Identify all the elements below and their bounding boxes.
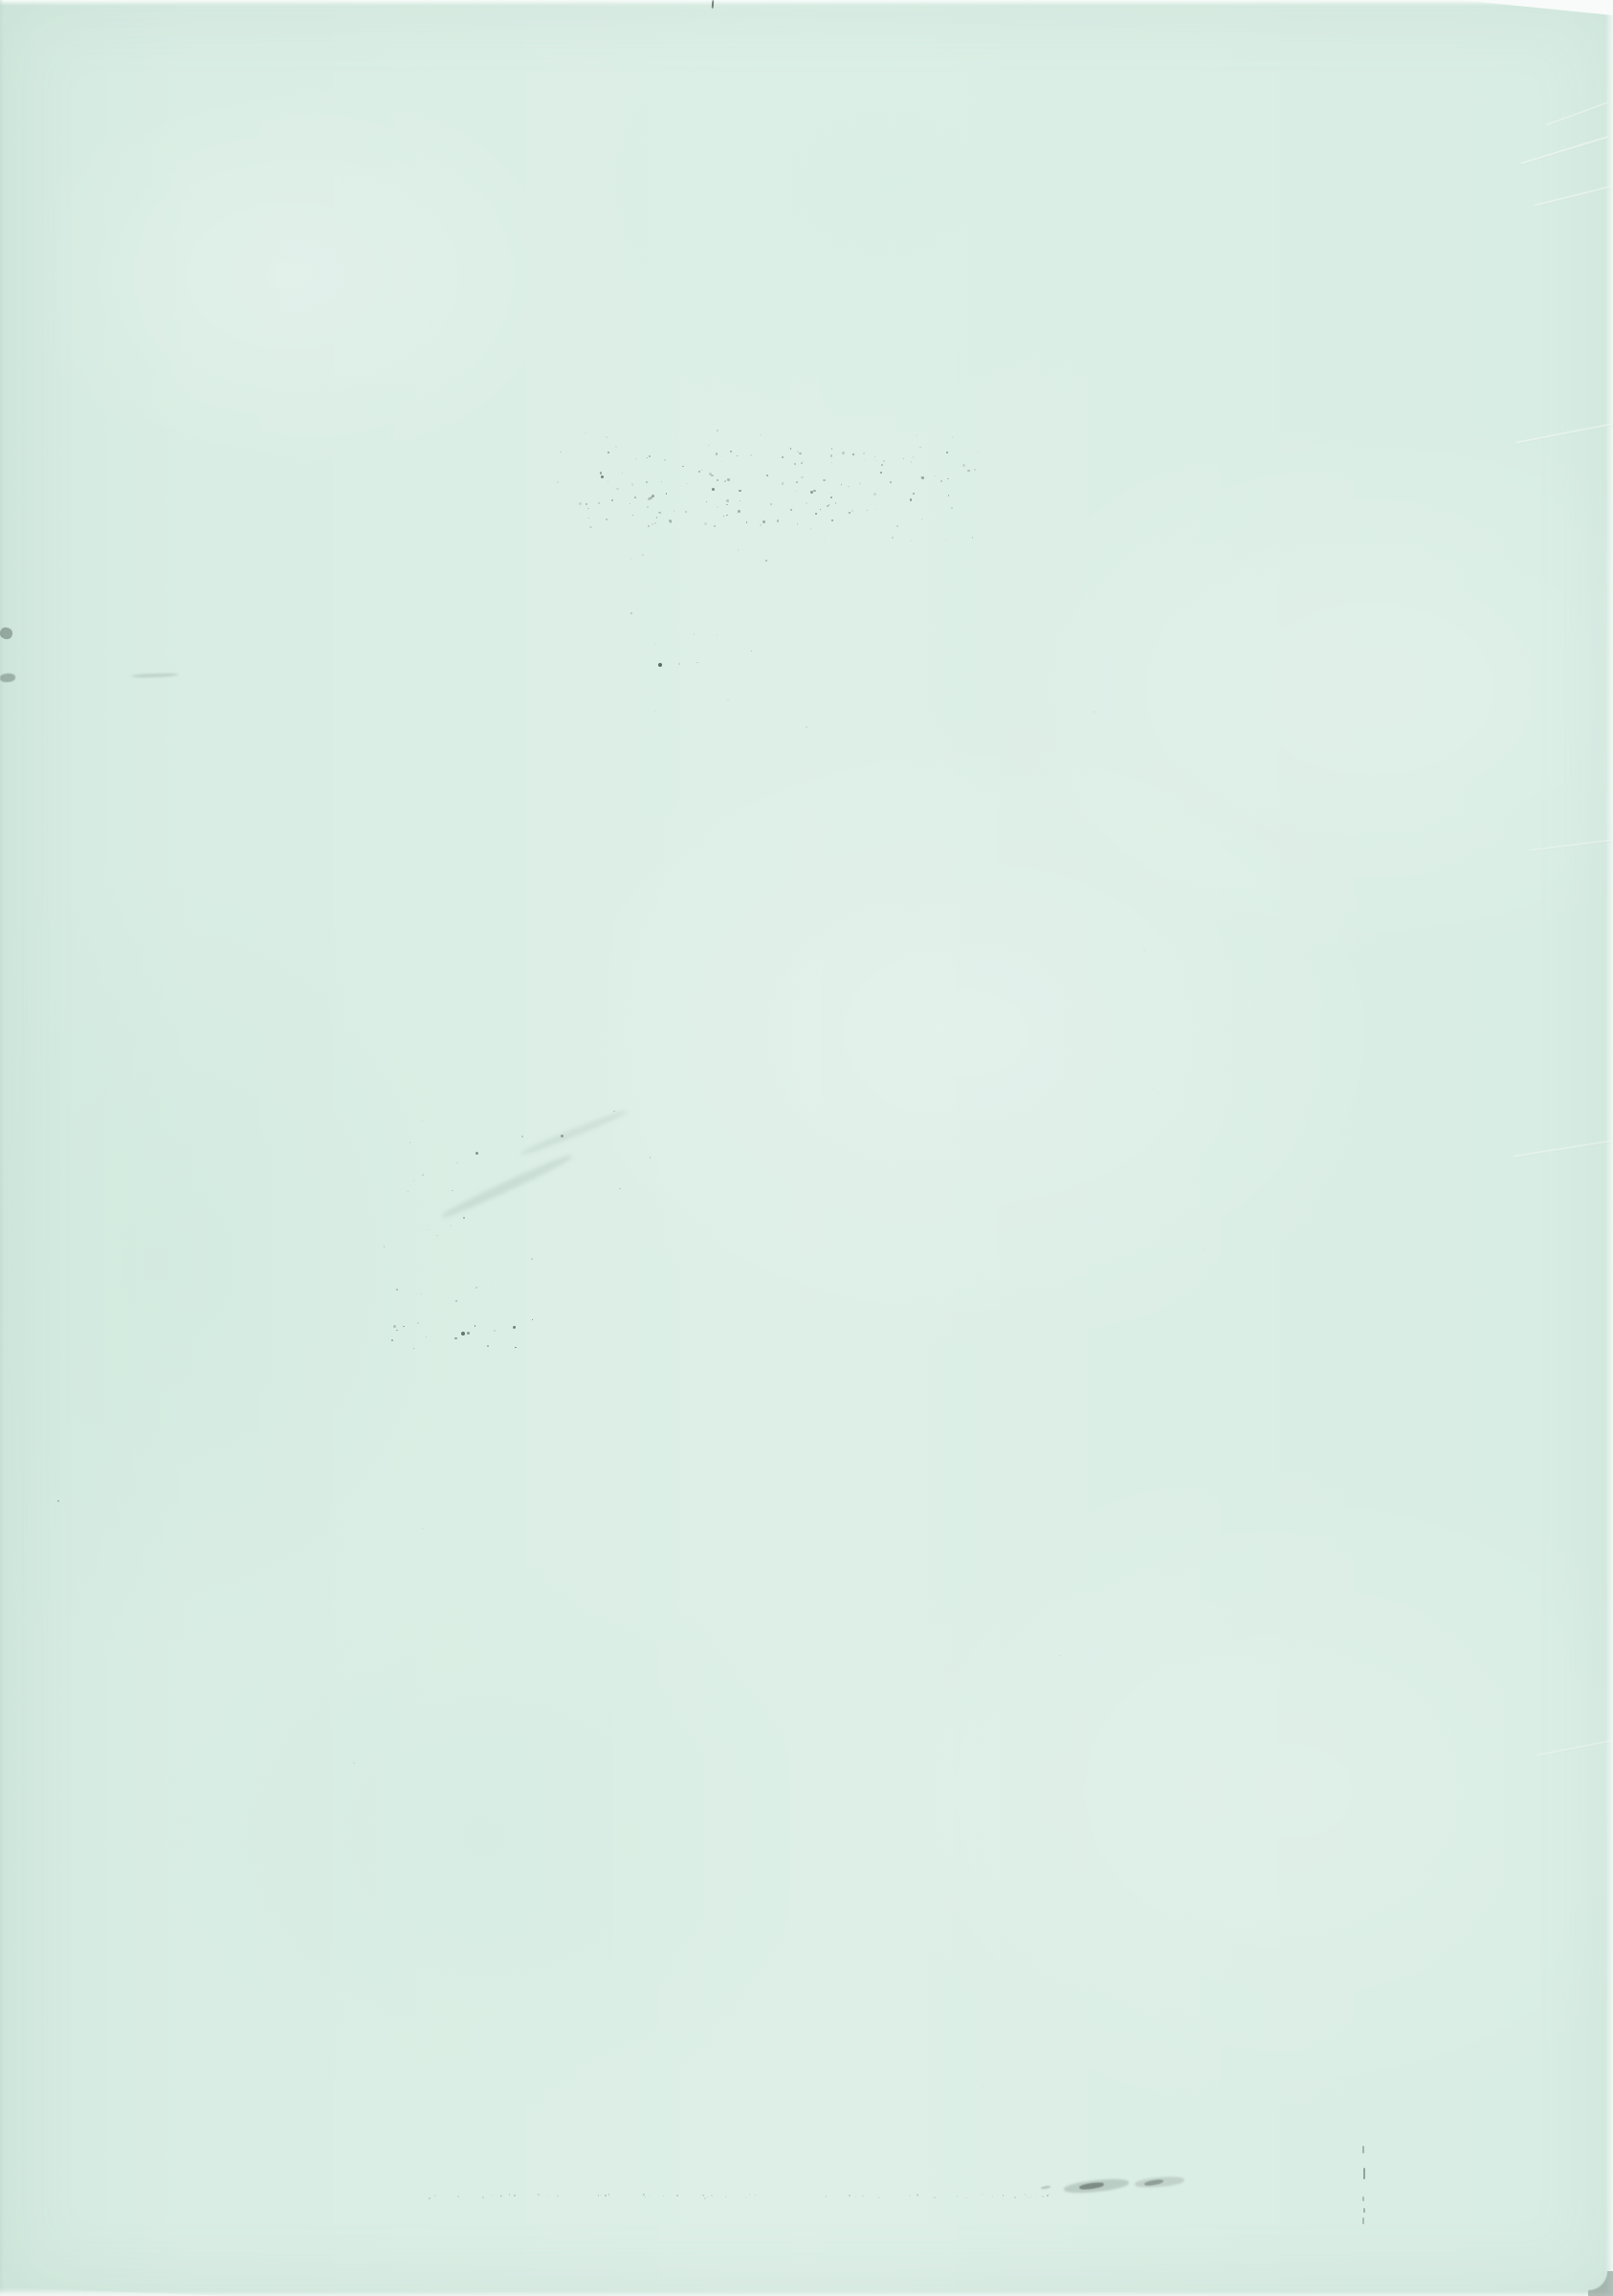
paper-crease	[1536, 1740, 1612, 1757]
ink-transfer-band-row1-speck	[946, 452, 947, 453]
ink-transfer-band-row2-speck	[588, 518, 589, 519]
ink-transfer-band-halo-speck	[630, 558, 632, 560]
diagonal-smudge-specks-speck	[422, 1120, 423, 1121]
paper-crease	[1529, 839, 1613, 852]
ink-transfer-band-row1-speck	[797, 451, 799, 453]
ink-transfer-band-row1-speck	[948, 495, 950, 497]
bottom-dotted-line-speck	[917, 2195, 918, 2197]
bottom-dotted-line-speck	[676, 2195, 678, 2197]
ink-transfer-band-halo-speck	[824, 538, 826, 540]
bottom-dotted-line-speck	[957, 2196, 959, 2197]
ink-transfer-band-row2-speck	[706, 501, 707, 502]
ink-transfer-band-row1-speck	[852, 453, 854, 455]
ink-transfer-band-row2-speck	[714, 525, 716, 527]
ink-transfer-band-row1-speck	[682, 466, 684, 468]
bottom-dotted-line-speck	[711, 2195, 712, 2196]
page-stray-specks-speck	[1149, 1157, 1150, 1158]
bottom-dotted-line-speck	[992, 2196, 994, 2197]
ink-transfer-band-row1-speck	[724, 480, 726, 482]
lower-left-sparse-speck	[475, 1287, 477, 1289]
ink-transfer-band-halo-speck	[760, 434, 761, 435]
mid-speck-group-speck	[751, 651, 752, 651]
ink-transfer-band-row1-speck	[716, 453, 718, 454]
diagonal-smudge-specks-speck	[422, 1174, 424, 1176]
bottom-dotted-line-speck	[605, 2195, 607, 2197]
ink-speck	[601, 475, 604, 478]
ink-transfer-band-row1-speck	[810, 491, 812, 493]
ink-transfer-band-row1-speck	[967, 470, 970, 473]
ink-transfer-band-row1-speck	[635, 458, 637, 460]
ink-transfer-band-row1-speck	[616, 488, 618, 490]
ink-transfer-band-row1-speck	[647, 457, 648, 458]
ink-transfer-band-row1-speck	[890, 481, 892, 483]
ink-transfer-band-row1-speck	[823, 479, 825, 481]
mid-speck-group-speck	[696, 662, 697, 663]
lower-left-cluster-speck	[396, 1330, 397, 1331]
ink-transfer-band-row1-speck	[711, 475, 714, 477]
vertical-dashed-line-segment	[1363, 2208, 1365, 2213]
bottom-dotted-line-speck	[509, 2194, 510, 2195]
ink-transfer-band-row2-speck	[606, 519, 608, 521]
ink-transfer-band-row1-speck	[730, 451, 732, 453]
page-stray-specks-speck	[718, 1523, 719, 1524]
ink-transfer-band-row2-speck	[831, 519, 833, 521]
ink-transfer-band-row2-speck	[762, 520, 765, 523]
ink-transfer-band-halo-speck	[851, 543, 851, 544]
ink-transfer-band-halo-speck	[803, 460, 804, 461]
ink-transfer-band-row2-speck	[598, 502, 600, 504]
mid-speck-group-speck	[694, 633, 695, 634]
ink-transfer-band-row1-speck	[631, 483, 633, 485]
ink-transfer-band-row1-speck	[630, 503, 630, 504]
ink-transfer-band-row1-speck	[782, 482, 784, 484]
lower-left-cluster-speck	[515, 1347, 516, 1348]
bottom-dotted-line-speck	[878, 2197, 879, 2197]
diagonal-smudge-specks-speck	[408, 1191, 409, 1192]
ink-transfer-band-row1-speck	[766, 475, 768, 476]
ink-transfer-band-row1-speck	[910, 498, 912, 500]
ink-transfer-band-row2-speck	[723, 516, 724, 517]
ink-transfer-band-halo-speck	[864, 459, 866, 461]
bottom-dotted-line-speck	[1003, 2195, 1005, 2197]
bottom-dotted-line-speck	[434, 2195, 436, 2197]
diagonal-smudge-specks-speck	[409, 1142, 410, 1143]
lower-left-cluster-speck	[467, 1332, 470, 1335]
bottom-dotted-line-speck	[909, 2195, 911, 2197]
ink-transfer-band-halo-speck	[810, 528, 811, 529]
bottom-dotted-line-speck	[701, 2195, 702, 2196]
scanner-corner-bottom-right	[1588, 2271, 1613, 2296]
ink-transfer-band-halo-speck	[919, 447, 921, 449]
ink-transfer-band-halo-speck	[642, 554, 644, 556]
ink-transfer-band-row2-speck	[777, 519, 779, 521]
ink-speck	[57, 1500, 59, 1502]
bottom-dotted-line-speck	[1049, 2194, 1050, 2195]
ink-transfer-band-row1-speck	[813, 490, 815, 492]
lower-left-sparse-speck	[429, 1229, 430, 1230]
ink-transfer-band-row2-speck	[656, 517, 658, 519]
scanned-blank-page	[0, 0, 1613, 2296]
ink-transfer-band-row1-speck	[634, 497, 636, 498]
ink-transfer-band-row1-speck	[622, 473, 624, 475]
ink-transfer-band-row1-speck	[913, 456, 915, 458]
ink-transfer-band-row1-speck	[801, 476, 803, 478]
bottom-dotted-line-speck	[755, 2195, 756, 2196]
ink-transfer-band-halo-speck	[829, 493, 830, 494]
ink-transfer-band-halo-speck	[585, 432, 586, 434]
ink-transfer-band-row2-speck	[611, 499, 613, 501]
ink-transfer-band-halo-speck	[951, 507, 953, 509]
lower-left-cluster-speck	[454, 1337, 456, 1339]
ink-transfer-band-row2-speck	[659, 512, 661, 514]
ink-speck	[455, 1300, 457, 1302]
ink-transfer-band-row1-speck	[962, 464, 964, 466]
bottom-dotted-line-speck	[1026, 2196, 1027, 2197]
ink-transfer-band-row2-speck	[717, 506, 718, 508]
ink-transfer-band-row1-speck	[648, 497, 651, 500]
ink-transfer-band-halo-speck	[717, 430, 718, 431]
ink-transfer-band-row2-speck	[849, 512, 851, 514]
bottom-dotted-line-speck	[703, 2195, 705, 2197]
ink-transfer-band-row2-speck	[589, 526, 591, 528]
bottom-dotted-line-speck	[707, 2197, 708, 2197]
ink-speck	[463, 1217, 465, 1219]
lower-left-sparse-speck	[384, 1246, 385, 1247]
ink-transfer-band-halo-speck	[911, 461, 912, 462]
ink-transfer-band-row2-speck	[654, 522, 655, 523]
bottom-dotted-line-speck	[982, 2194, 983, 2196]
ink-speck	[712, 488, 715, 491]
ink-transfer-band-halo-speck	[911, 541, 912, 541]
left-edge-scribble	[0, 626, 14, 640]
diagonal-smudge-specks-speck	[456, 1162, 457, 1163]
ink-transfer-band-row1-speck	[903, 458, 904, 459]
bottom-dotted-line-speck	[1014, 2197, 1016, 2198]
scan-edge-top	[0, 0, 1613, 6]
bottom-dotted-line-speck	[500, 2195, 502, 2197]
ink-transfer-band-row1-speck	[646, 481, 648, 483]
ink-transfer-band-row2-speck	[726, 504, 727, 505]
ink-transfer-band-row1-speck	[698, 471, 700, 473]
page-stray-specks-speck	[806, 726, 807, 728]
ink-transfer-band-row1-speck	[782, 456, 784, 458]
ink-transfer-band-halo-speck	[952, 436, 954, 438]
page-stray-specks-speck	[1017, 922, 1018, 923]
ink-transfer-band-row1-speck	[801, 462, 803, 464]
ink-speck	[765, 560, 767, 562]
diagonal-smudge-specks-speck	[619, 1188, 620, 1189]
top-edge-nick	[712, 0, 715, 9]
diagonal-smudge-specks-speck	[521, 1136, 523, 1137]
bottom-dotted-line-speck	[745, 2197, 746, 2198]
lower-left-cluster-speck	[391, 1339, 393, 1341]
bottom-dotted-line-speck	[1047, 2195, 1049, 2197]
ink-transfer-band-row1-speck	[666, 493, 668, 495]
ink-transfer-band-halo-speck	[875, 509, 877, 511]
mid-speck-group-speck	[717, 634, 718, 636]
ink-transfer-band-halo-speck	[974, 469, 976, 471]
ink-transfer-band-row2-speck	[579, 502, 581, 504]
lower-left-sparse-speck	[492, 1282, 493, 1283]
ink-transfer-band-row2-speck	[685, 511, 687, 513]
page-stray-specks-speck	[1088, 1771, 1089, 1772]
ink-transfer-band-row1-speck	[830, 462, 832, 464]
br-stray-dash	[1041, 2185, 1050, 2190]
ink-transfer-band-row1-speck	[913, 493, 915, 495]
page-stray-specks-speck	[1143, 950, 1145, 952]
ink-transfer-band-halo-speck	[615, 446, 617, 448]
mid-speck-group-speck	[678, 663, 680, 665]
bottom-dotted-line-speck	[1027, 2197, 1028, 2198]
ink-transfer-band-halo-speck	[921, 519, 923, 520]
ink-transfer-band-row2-speck	[586, 503, 587, 505]
ink-transfer-band-row1-speck	[921, 476, 924, 479]
bottom-dotted-line-speck	[557, 2196, 558, 2197]
bottom-dotted-line-speck	[855, 2197, 856, 2197]
ink-transfer-band-row1-speck	[600, 472, 603, 475]
ink-transfer-band-row1-speck	[830, 497, 832, 498]
page-stray-specks-speck	[1203, 1248, 1204, 1249]
bottom-dotted-line-speck	[826, 2196, 827, 2197]
ink-transfer-band-row1-speck	[795, 491, 796, 492]
ink-transfer-band-row1-speck	[727, 478, 729, 480]
left-edge-mark	[0, 673, 15, 682]
ink-transfer-band-halo-speck	[608, 480, 609, 482]
ink-transfer-band-halo-speck	[896, 525, 897, 526]
ink-transfer-band-row1-speck	[770, 503, 772, 505]
page-stray-specks-speck	[1220, 260, 1221, 261]
ink-transfer-band-halo-speck	[675, 437, 676, 438]
ink-speck	[461, 1332, 465, 1336]
paper-crease	[1545, 101, 1609, 127]
scan-corner-wedge-bottom-left	[0, 2287, 230, 2296]
page-stray-specks-speck	[422, 1528, 423, 1529]
lower-left-cluster-speck	[417, 1322, 418, 1323]
ink-transfer-band-row1-speck	[701, 470, 702, 471]
bottom-dotted-line-speck	[643, 2194, 645, 2196]
bottom-dotted-line-speck	[492, 2195, 493, 2196]
ghost-streak-2	[519, 1108, 629, 1158]
paper-crease	[1535, 186, 1611, 208]
ink-transfer-band-row2-speck	[746, 521, 747, 522]
ink-transfer-band-row1-speck	[873, 493, 876, 496]
ink-transfer-band-row1-speck	[880, 472, 882, 474]
ink-transfer-band-row1-speck	[874, 456, 875, 457]
lower-left-cluster-speck	[475, 1325, 476, 1327]
lower-left-cluster-speck	[494, 1330, 496, 1332]
ink-transfer-band-row1-speck	[859, 482, 861, 484]
bottom-dotted-line-speck	[1030, 2197, 1031, 2197]
bottom-dotted-line-speck	[457, 2196, 459, 2197]
ink-transfer-band-halo-speck	[851, 510, 852, 511]
bottom-dotted-line-speck	[862, 2196, 864, 2197]
ink-transfer-band-row2-speck	[670, 520, 673, 523]
bottom-dotted-line-speck	[514, 2195, 516, 2197]
bottom-dotted-line-speck	[645, 2197, 646, 2197]
scan-edge-left	[0, 0, 4, 2296]
ink-transfer-band-row1-speck	[661, 481, 662, 482]
ink-transfer-band-row1-speck	[947, 478, 948, 479]
ink-transfer-band-row1-speck	[831, 448, 832, 449]
vertical-dashed-line-segment	[1362, 2197, 1364, 2201]
ink-transfer-band-halo-speck	[917, 434, 918, 436]
scan-edge-right	[1605, 0, 1613, 2296]
ink-transfer-band-row1-speck	[883, 460, 885, 462]
ink-transfer-band-halo-speck	[945, 540, 946, 541]
ink-transfer-band-row1-speck	[608, 452, 609, 453]
ink-transfer-band-row1-speck	[790, 448, 792, 450]
ink-speck	[658, 663, 662, 667]
lower-left-sparse-speck	[421, 1293, 422, 1294]
ink-transfer-band-row1-speck	[726, 499, 729, 502]
ink-transfer-band-halo-speck	[797, 523, 798, 524]
ink-transfer-band-halo-speck	[738, 549, 739, 550]
mid-speck-group-speck	[654, 710, 655, 711]
ink-transfer-band-halo-speck	[606, 436, 608, 438]
bottom-dotted-line-speck	[704, 2197, 706, 2199]
lower-left-cluster-speck	[393, 1325, 396, 1328]
ink-transfer-band-halo-speck	[721, 460, 722, 461]
diagonal-smudge-specks-speck	[452, 1190, 453, 1192]
ink-transfer-band-row2-speck	[648, 525, 650, 527]
page-stray-specks-speck	[983, 2086, 983, 2087]
mid-speck-group-speck	[630, 612, 632, 614]
ghost-streak-1	[440, 1152, 574, 1221]
lower-left-sparse-speck	[450, 1225, 452, 1226]
ink-transfer-band-row1-speck	[863, 453, 865, 454]
bottom-dotted-line-speck	[749, 2194, 750, 2195]
lower-left-sparse-speck	[531, 1258, 533, 1260]
bottom-dotted-line-speck	[429, 2197, 431, 2199]
mid-speck-group-speck	[654, 644, 655, 645]
ink-transfer-band-halo-speck	[664, 459, 666, 461]
lower-left-cluster-speck	[532, 1319, 533, 1320]
ink-transfer-band-halo-speck	[557, 481, 559, 483]
ink-transfer-band-row1-speck	[686, 483, 687, 484]
ink-speck	[513, 1326, 516, 1329]
ink-transfer-band-row1-speck	[649, 455, 651, 457]
lower-left-sparse-speck	[598, 1229, 600, 1231]
ink-transfer-band-halo-speck	[977, 451, 979, 453]
ink-transfer-band-halo-speck	[892, 537, 894, 539]
lower-left-cluster-speck	[413, 1348, 414, 1349]
lower-left-sparse-speck	[436, 1235, 437, 1236]
ink-transfer-band-row1-speck	[717, 479, 718, 481]
ink-transfer-band-row2-speck	[790, 509, 793, 512]
page-stray-specks-speck	[353, 1762, 355, 1764]
ink-transfer-band-halo-speck	[935, 475, 937, 477]
scan-edge-bottom	[0, 2291, 1613, 2296]
ink-transfer-band-row1-speck	[739, 490, 740, 492]
bottom-dotted-line-speck	[849, 2195, 850, 2196]
ink-transfer-band-row1-speck	[835, 502, 837, 504]
page-stray-specks-speck	[1094, 711, 1094, 712]
ink-transfer-band-row1-speck	[881, 464, 883, 466]
ink-transfer-band-row2-speck	[647, 506, 649, 508]
scan-corner-wedge-top-right	[1460, 0, 1613, 15]
bottom-dotted-line-speck	[600, 2195, 601, 2196]
ink-transfer-band-row2-speck	[815, 513, 817, 515]
ink-transfer-band-row2-speck	[674, 510, 674, 511]
bottom-dotted-line-speck	[482, 2197, 484, 2198]
ink-transfer-band-halo-speck	[972, 537, 973, 538]
bottom-dotted-line-speck	[663, 2196, 664, 2197]
ink-transfer-band-row1-speck	[830, 454, 832, 456]
lower-left-cluster-speck	[426, 1336, 428, 1338]
ink-transfer-band-row1-speck	[794, 463, 796, 465]
ink-transfer-band-row2-speck	[820, 509, 821, 510]
ink-transfer-band-halo-speck	[652, 523, 653, 525]
bottom-dotted-line-speck	[1036, 2197, 1037, 2198]
ink-transfer-band-row2-speck	[587, 508, 589, 510]
vertical-dashed-line-segment	[1362, 2218, 1364, 2224]
ink-transfer-band-row1-speck	[841, 484, 842, 485]
bottom-dotted-line-speck	[546, 2196, 547, 2197]
ink-transfer-band-row1-speck	[750, 454, 752, 456]
ink-transfer-band-row1-speck	[796, 481, 798, 483]
paper-crease	[1514, 1140, 1612, 1159]
diagonal-smudge-specks-speck	[650, 1157, 651, 1158]
diagonal-smudge-specks-speck	[613, 1111, 614, 1112]
ink-transfer-band-halo-speck	[708, 445, 710, 447]
ink-transfer-band-row2-speck	[632, 515, 633, 516]
ink-transfer-band-row2-speck	[806, 502, 807, 504]
bottom-dotted-line-speck	[608, 2194, 609, 2195]
bottom-dotted-line-speck	[725, 2197, 726, 2197]
ink-transfer-band-row1-speck	[842, 452, 845, 454]
paper-crease	[1521, 136, 1610, 166]
ink-transfer-band-row1-speck	[737, 455, 738, 456]
page-stray-specks-speck	[1059, 1655, 1061, 1657]
ink-transfer-band-row2-speck	[829, 504, 829, 505]
diagonal-smudge-specks-speck	[413, 1181, 414, 1181]
ink-transfer-band-row1-speck	[940, 480, 942, 482]
bottom-dotted-line-speck	[649, 2196, 650, 2197]
mid-speck-group-speck	[727, 698, 729, 700]
ink-speck	[396, 1289, 398, 1291]
ink-transfer-band-row2-speck	[726, 515, 728, 517]
ink-transfer-band-row2-speck	[740, 500, 740, 501]
bottom-dotted-line-speck	[1042, 2196, 1044, 2197]
lower-left-cluster-speck	[403, 1326, 405, 1328]
ink-speck	[475, 1152, 478, 1155]
ink-transfer-band-row2-speck	[738, 510, 740, 513]
vertical-dashed-line-segment	[1363, 2168, 1365, 2179]
vertical-dashed-line-segment	[1362, 2146, 1364, 2153]
ink-transfer-band-row2-speck	[867, 510, 868, 511]
page-stray-specks-speck	[1152, 1088, 1154, 1090]
ink-transfer-band-halo-speck	[560, 452, 562, 453]
left-faint-dash	[132, 673, 178, 678]
ink-transfer-band-row2-speck	[704, 522, 707, 525]
bottom-dotted-line-speck	[935, 2197, 936, 2197]
ink-transfer-band-row1-speck	[875, 460, 876, 461]
ink-transfer-band-row1-speck	[848, 486, 850, 488]
paper-crease	[1515, 424, 1612, 445]
bottom-dotted-line-speck	[538, 2194, 540, 2196]
lower-left-cluster-speck	[487, 1345, 489, 1347]
bottom-dotted-line-speck	[965, 2197, 967, 2199]
ink-transfer-band-row2-speck	[760, 524, 762, 526]
ink-transfer-band-row1-speck	[799, 453, 802, 455]
